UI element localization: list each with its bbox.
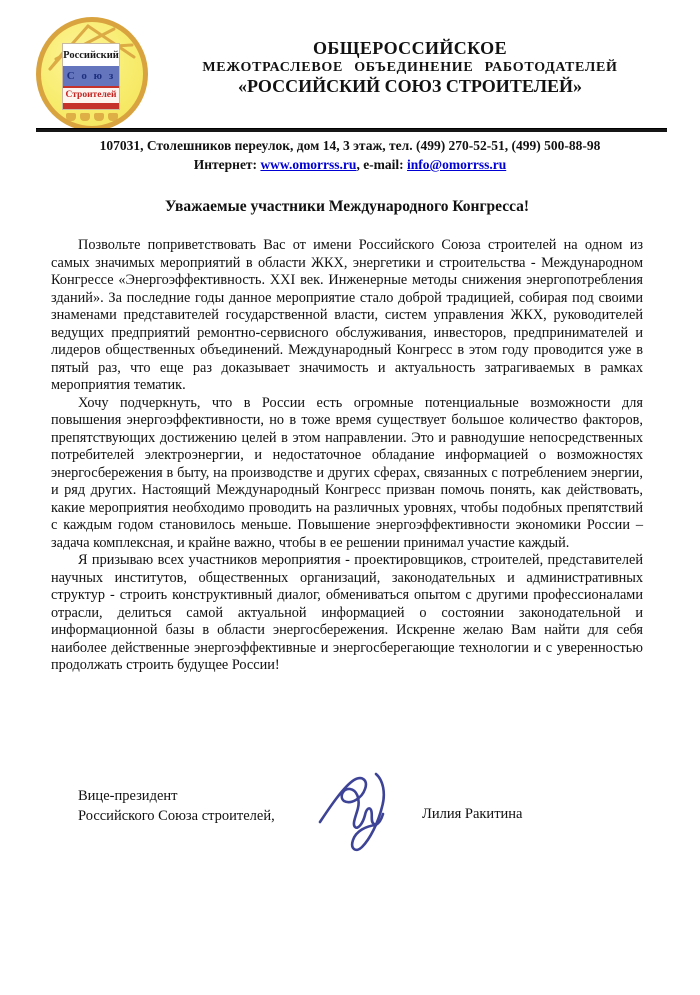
paragraph-3: Я призываю всех участников мероприятия -… [51,552,643,675]
paragraph-1: Позвольте поприветствовать Вас от имени … [51,237,643,395]
org-name-block: ОБЩЕРОССИЙСКОЕ МЕЖОТРАСЛЕВОЕ ОБЪЕДИНЕНИЕ… [150,38,670,97]
internet-label: Интернет: [194,157,261,172]
org-name-line2: МЕЖОТРАСЛЕВОЕ ОБЪЕДИНЕНИЕ РАБОТОДАТЕЛЕЙ [150,59,670,76]
logo-flag-text-3: Строителей [63,86,119,103]
header-divider [36,128,667,132]
paragraph-2: Хочу подчеркнуть, что в России есть огро… [51,395,643,553]
handwritten-signature-icon [318,770,400,856]
email-link[interactable]: info@omorrss.ru [407,157,506,172]
address-line: 107031, Столешников переулок, дом 14, 3 … [0,136,700,155]
letter-page: Российский С о ю з Строителей ОБЩЕРОССИЙ… [0,0,700,995]
signatory-title-line2: Российского Союза строителей, [78,806,275,826]
org-name-line3: «РОССИЙСКИЙ СОЮЗ СТРОИТЕЛЕЙ» [150,76,670,97]
email-label: , e-mail: [356,157,407,172]
contact-block: 107031, Столешников переулок, дом 14, 3 … [0,136,700,174]
logo-flag: Российский С о ю з Строителей [62,43,120,110]
internet-line: Интернет: www.omorrss.ru, e-mail: info@o… [0,155,700,174]
signatory-name: Лилия Ракитина [422,806,522,823]
letter-body: Уважаемые участники Международного Конгр… [51,198,643,675]
logo-flag-text-2: С о ю з [63,66,119,86]
salutation: Уважаемые участники Международного Конгр… [51,198,643,216]
logo-flag-text-1: Российский [63,44,119,66]
logo-flag-red-band [63,103,119,109]
org-logo: Российский С о ю з Строителей [36,17,148,131]
signatory-title: Вице-президент Российского Союза строите… [78,786,275,826]
org-name-line1: ОБЩЕРОССИЙСКОЕ [150,38,670,59]
website-link[interactable]: www.omorrss.ru [260,157,356,172]
logo-ornament-icon [66,113,118,122]
signatory-title-line1: Вице-президент [78,786,275,806]
